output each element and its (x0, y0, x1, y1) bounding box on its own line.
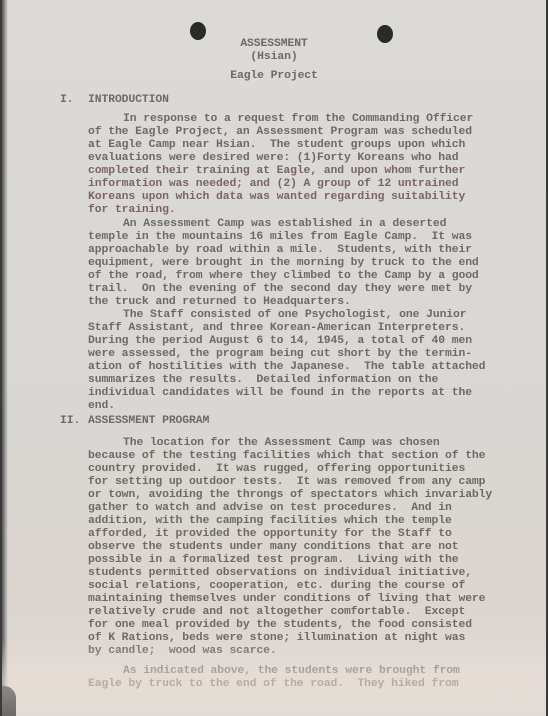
section-heading: INTRODUCTION (88, 94, 169, 107)
text-line: for setting up outdoor tests. It was rem… (88, 476, 485, 489)
text-line: of the Eagle Project, an Assessment Prog… (88, 126, 472, 139)
text-line: gather to watch and advise on test proce… (88, 502, 452, 515)
text-line: social relations, cooperation, etc. duri… (88, 580, 465, 593)
text-line: completed their training at Eagle, and u… (88, 165, 465, 178)
text-line: Eagle by truck to the end of the road. T… (88, 678, 458, 691)
text-line: of K Rations, beds were stone; illuminat… (88, 632, 465, 645)
doc-title: ASSESSMENT (2, 38, 546, 51)
text-line: During the period August 6 to 14, 1945, … (88, 335, 472, 348)
text-line: The location for the Assessment Camp was… (123, 437, 440, 450)
page-corner-shadow (2, 686, 16, 716)
text-line: Koreans upon which data was wanted regar… (88, 191, 465, 204)
page-edge-shadow (2, 0, 8, 716)
section-number: II. (60, 415, 80, 428)
text-line: or town, avoiding the throngs of spectat… (88, 489, 492, 502)
document-page: ASSESSMENT (Hsian) Eagle Project I. INTR… (2, 0, 546, 716)
text-line: evaluations were desired were: (1)Forty … (88, 152, 458, 165)
text-line: trail. On the evening of the second day … (88, 283, 472, 296)
text-line: were assessed, the program being cut sho… (88, 348, 472, 361)
text-line: An Assessment Camp was established in a … (123, 218, 446, 231)
text-line: because of the testing facilities which … (88, 450, 485, 463)
text-line: relatively crude and not altogether comf… (88, 606, 465, 619)
text-line: by candle; wood was scarce. (88, 645, 277, 658)
text-line: Staff Assistant, and three Korean-Americ… (88, 322, 465, 335)
text-line: In response to a request from the Comman… (123, 113, 473, 126)
doc-project-name: Eagle Project (2, 70, 546, 83)
doc-subtitle: (Hsian) (2, 51, 546, 64)
text-line: approachable by road within a mile. Stud… (88, 244, 472, 257)
text-line: As indicated above, the students were br… (123, 665, 460, 678)
text-line: The Staff consisted of one Psychologist,… (123, 309, 467, 322)
text-line: for one meal provided by the students, t… (88, 619, 472, 632)
text-line: possible in a formalized test program. L… (88, 554, 458, 567)
text-line: ation of hostilities with the Japanese. … (88, 361, 485, 374)
text-line: at Eagle Camp near Hsian. The student gr… (88, 139, 465, 152)
text-line: information was needed; and (2) A group … (88, 178, 458, 191)
text-line: the truck and returned to Headquarters. (88, 296, 351, 309)
text-line: individual candidates will be found in t… (88, 387, 472, 400)
text-line: for training. (88, 204, 176, 217)
text-line: afforded, it provided the opportunity fo… (88, 528, 452, 541)
section-heading: ASSESSMENT PROGRAM (88, 415, 209, 428)
text-line: addition, with the camping facilities wh… (88, 515, 452, 528)
text-line: equipment, were brought in the morning b… (88, 257, 479, 270)
text-line: temple in the mountains 16 miles from Ea… (88, 231, 472, 244)
text-line: observe the students under many conditio… (88, 541, 458, 554)
text-line: maintaining themselves under conditions … (88, 593, 485, 606)
text-line: end. (88, 400, 115, 413)
text-line: students permitted observations on indiv… (88, 567, 472, 580)
text-line: summarizes the results. Detailed informa… (88, 374, 438, 387)
section-number: I. (60, 94, 73, 107)
text-line: country provided. It was rugged, offerin… (88, 463, 465, 476)
text-line: of the road, from where they climbed to … (88, 270, 479, 283)
